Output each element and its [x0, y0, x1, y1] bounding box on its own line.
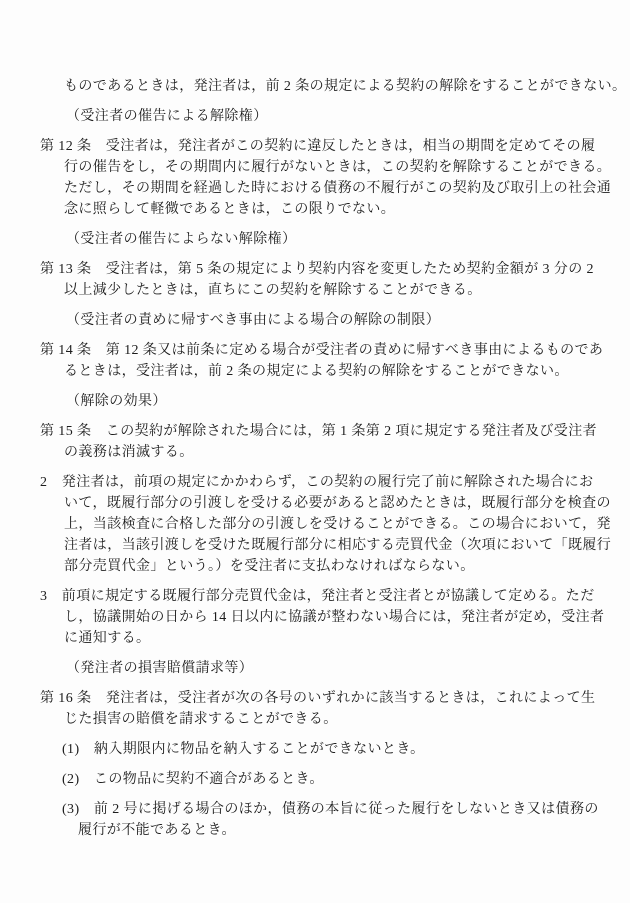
text-line: （解除の効果）	[0, 391, 602, 412]
text-line: (2) この物品に契約不適合があるとき。	[0, 769, 602, 790]
text-line: 注者は，当該引渡しを受けた既履行部分に相応する売買代金（次項において「既履行	[0, 535, 602, 556]
text-line: 第 16 条 発注者は，受注者が次の各号のいずれかに該当するときは，これによって…	[0, 688, 602, 709]
text-line: （受注者の催告による解除権）	[0, 106, 602, 127]
text-line: ただし，その期間を経過した時における債務の不履行がこの契約及び取引上の社会通	[0, 178, 602, 199]
text-line: (3) 前 2 号に掲げる場合のほか，債務の本旨に従った履行をしないとき又は債務…	[0, 799, 602, 820]
text-line: 第 13 条 受注者は，第 5 条の規定により契約内容を変更したため契約金額が …	[0, 259, 602, 280]
text-line: 3 前項に規定する既履行部分売買代金は，発注者と受注者とが協議して定める。ただ	[0, 586, 602, 607]
text-line: 部分売買代金」という。）を受注者に支払わなければならない。	[0, 556, 602, 577]
document-body: ものであるときは，発注者は，前 2 条の規定による契約の解除をすることができない…	[0, 0, 630, 841]
text-line: 第 15 条 この契約が解除された場合には，第 1 条第 2 項に規定する発注者…	[0, 421, 602, 442]
contract-page: ものであるときは，発注者は，前 2 条の規定による契約の解除をすることができない…	[0, 0, 630, 903]
text-line: 第 12 条 受注者は，発注者がこの契約に違反したときは，相当の期間を定めてその…	[0, 136, 602, 157]
text-line: の義務は消滅する。	[0, 442, 602, 463]
text-line: 上，当該検査に合格した部分の引渡しを受けることができる。この場合において，発	[0, 514, 602, 535]
text-line: 履行が不能であるとき。	[0, 820, 602, 841]
text-line: 以上減少したときは，直ちにこの契約を解除することができる。	[0, 280, 602, 301]
text-line: （受注者の責めに帰すべき事由による場合の解除の制限）	[0, 310, 602, 331]
text-line: に通知する。	[0, 628, 602, 649]
text-line: 2 発注者は，前項の規定にかかわらず，この契約の履行完了前に解除された場合にお	[0, 472, 602, 493]
text-line: るときは，受注者は，前 2 条の規定による契約の解除をすることができない。	[0, 361, 602, 382]
text-line: いて，既履行部分の引渡しを受ける必要があると認めたときは，既履行部分を検査の	[0, 493, 602, 514]
text-line: じた損害の賠償を請求することができる。	[0, 709, 602, 730]
text-line: （受注者の催告によらない解除権）	[0, 229, 602, 250]
text-line: ものであるときは，発注者は，前 2 条の規定による契約の解除をすることができない…	[0, 76, 602, 97]
text-line: 第 14 条 第 12 条又は前条に定める場合が受注者の責めに帰すべき事由による…	[0, 340, 602, 361]
text-line: し，協議開始の日から 14 日以内に協議が整わない場合には，発注者が定め，受注者	[0, 607, 602, 628]
text-line: 行の催告をし，その期間内に履行がないときは，この契約を解除することができる。	[0, 157, 602, 178]
text-line: （発注者の損害賠償請求等）	[0, 658, 602, 679]
text-line: 念に照らして軽微であるときは，この限りでない。	[0, 199, 602, 220]
text-line: (1) 納入期限内に物品を納入することができないとき。	[0, 739, 602, 760]
